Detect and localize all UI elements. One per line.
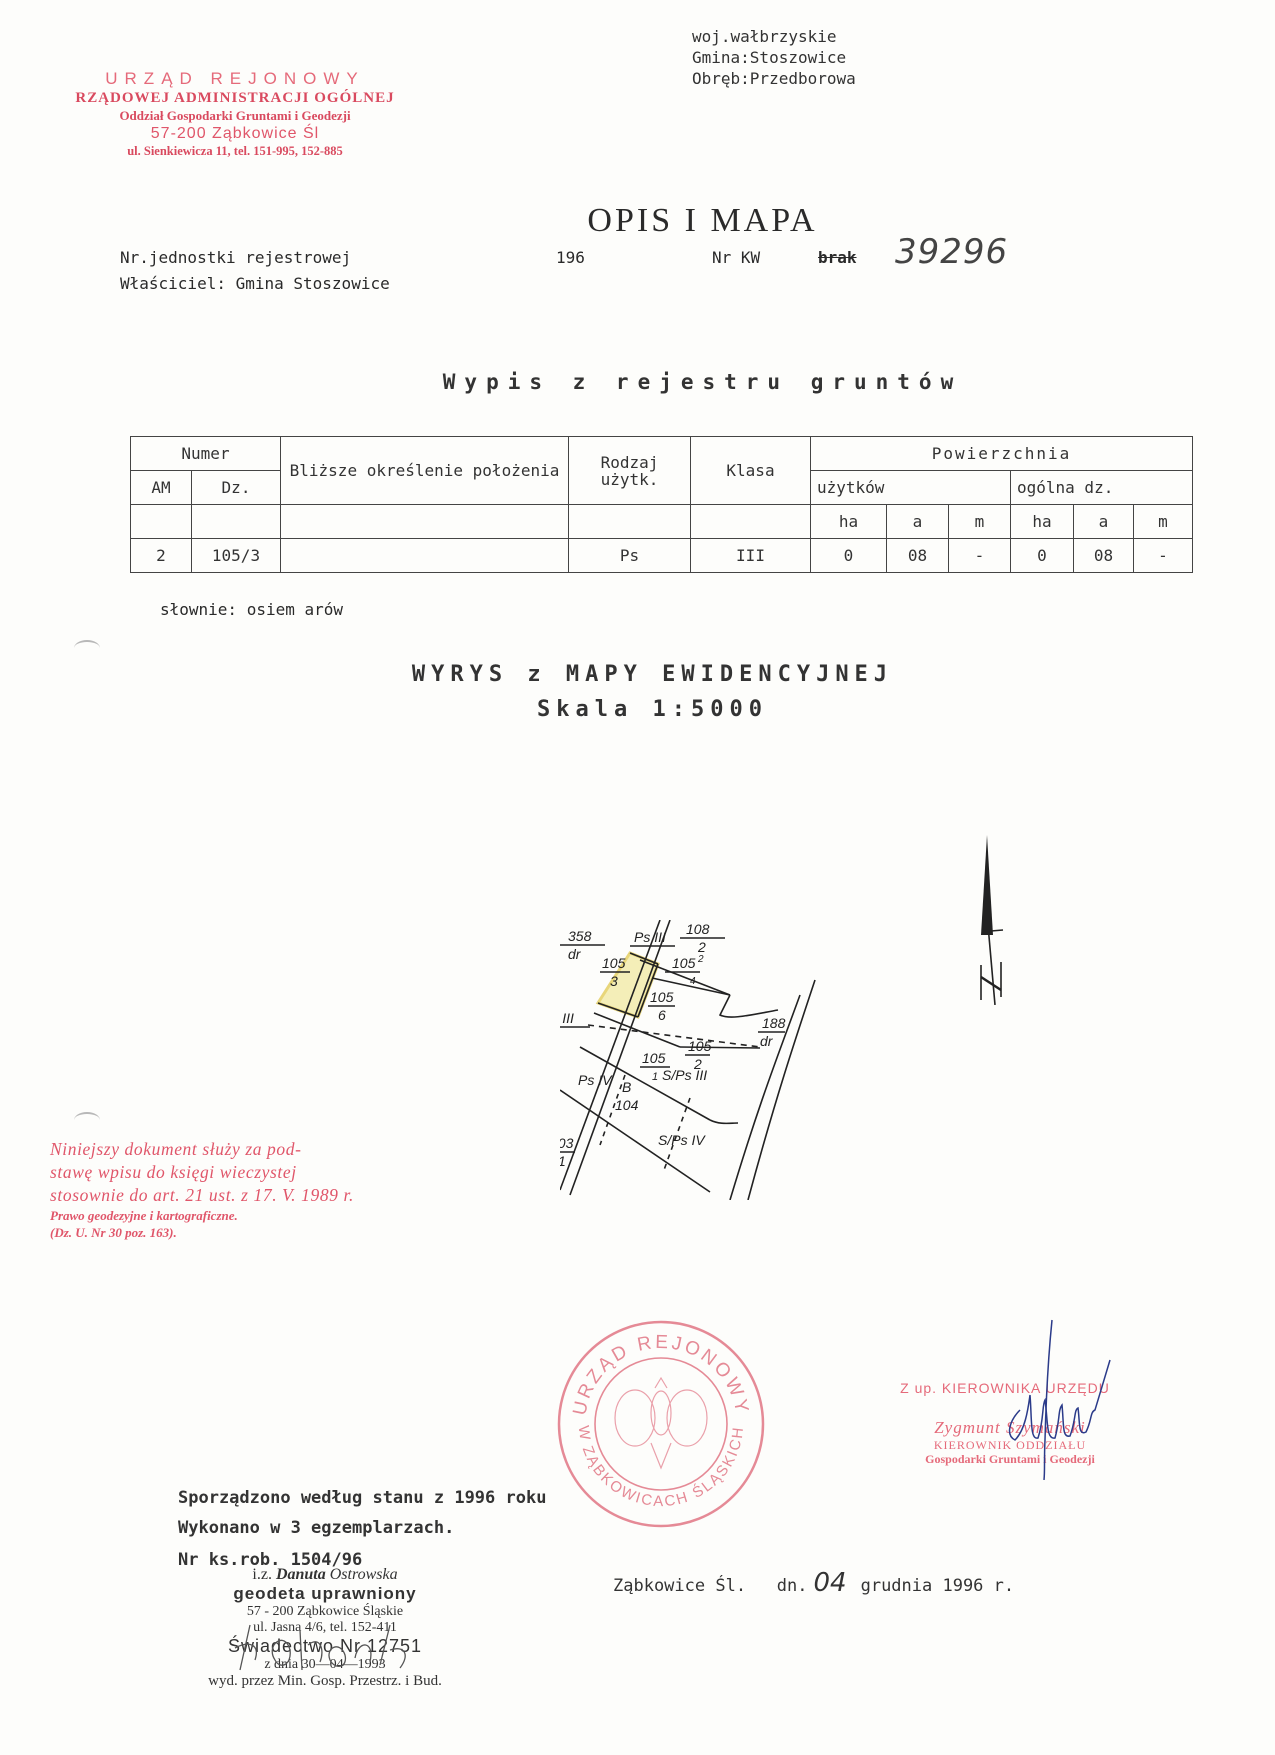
svg-text:105: 105 xyxy=(642,1050,666,1066)
svg-text:S/Ps IV: S/Ps IV xyxy=(658,1132,706,1148)
cell-tot-a: 08 xyxy=(1074,539,1134,573)
cell-dz: 105/3 xyxy=(192,539,281,573)
header-tot-ha: ha xyxy=(1011,505,1074,539)
land-register-struck-value: brak xyxy=(818,248,857,267)
header-land-type: Rodzaj użytk. xyxy=(569,437,691,505)
svg-text:3: 3 xyxy=(610,973,618,989)
svg-text:2: 2 xyxy=(697,939,706,955)
official-round-seal: URZĄD REJONOWY W ZĄBKOWICACH ŚLĄSKICH xyxy=(555,1318,767,1530)
map-scale: Skala 1:5000 xyxy=(0,697,1275,722)
svg-text:105: 105 xyxy=(650,989,674,1005)
eagle-emblem-icon xyxy=(615,1378,707,1468)
legal-note-stamp: Niniejszy dokument służy za pod- stawę w… xyxy=(50,1138,430,1241)
location-block: woj.wałbrzyskie Gmina:Stoszowice Obręb:P… xyxy=(692,26,856,89)
cell-land-type: Ps xyxy=(569,539,691,573)
svg-text:188: 188 xyxy=(762,1015,786,1031)
svg-text:358: 358 xyxy=(568,928,592,944)
office-stamp: URZĄD REJONOWY RZĄDOWEJ ADMINISTRACJI OG… xyxy=(70,68,400,160)
copies-count: Wykonano w 3 egzemplarzach. xyxy=(178,1518,454,1538)
voivodeship: woj.wałbrzyskie xyxy=(692,26,856,47)
cell-tot-m: - xyxy=(1134,539,1193,573)
punch-hole xyxy=(74,1112,100,1128)
svg-text:105: 105 xyxy=(602,955,626,971)
office-stamp-line: URZĄD REJONOWY xyxy=(70,68,400,89)
cell-use-ha: 0 xyxy=(811,539,887,573)
office-stamp-line: 57-200 Ząbkowice Śl xyxy=(70,124,400,144)
header-use-ha: ha xyxy=(811,505,887,539)
header-use-m: m xyxy=(949,505,1011,539)
land-register-handwritten-number: 39296 xyxy=(895,232,1008,272)
svg-text:6: 6 xyxy=(658,1007,666,1023)
svg-text:105: 105 xyxy=(672,955,696,971)
svg-text:4: 4 xyxy=(690,976,696,987)
area-in-words: słownie: osiem arów xyxy=(160,600,343,619)
header-location: Bliższe określenie położenia xyxy=(281,437,569,505)
prepared-according-to: Sporządzono według stanu z 1996 roku xyxy=(178,1488,546,1508)
surveyor-signature xyxy=(230,1620,430,1680)
header-use-area: użytków xyxy=(811,471,1011,505)
svg-text:Ps III: Ps III xyxy=(634,929,666,945)
manager-signature xyxy=(1000,1310,1120,1480)
office-stamp-line: RZĄDOWEJ ADMINISTRACJI OGÓLNEJ xyxy=(70,89,400,108)
office-stamp-line: Oddział Gospodarki Gruntami i Geodezji xyxy=(70,108,400,124)
svg-text:dr: dr xyxy=(760,1033,774,1049)
header-numer: Numer xyxy=(131,437,281,471)
svg-text:2: 2 xyxy=(697,954,704,965)
place-and-date: Ząbkowice Śl. dn.04grudnia 1996 r. xyxy=(613,1568,1014,1598)
cadastral-map-sketch: 358 dr Ps III 108 2 105 3 105 2 4 105 6 … xyxy=(560,920,850,1200)
cell-use-m: - xyxy=(949,539,1011,573)
table-row: 2 105/3 Ps III 0 08 - 0 08 - xyxy=(131,539,1193,573)
map-extract-title: WYRYS z MAPY EWIDENCYJNEJ xyxy=(0,662,1275,687)
header-tot-m: m xyxy=(1134,505,1193,539)
svg-text:Ps III: Ps III xyxy=(560,1010,574,1026)
owner: Właściciel: Gmina Stoszowice xyxy=(120,274,390,293)
svg-text:108: 108 xyxy=(686,921,710,937)
cell-use-a: 08 xyxy=(887,539,949,573)
header-use-a: a xyxy=(887,505,949,539)
precinct: Obręb:Przedborowa xyxy=(692,68,856,89)
svg-text:B: B xyxy=(622,1079,631,1095)
header-dz: Dz. xyxy=(192,471,281,505)
svg-text:dr: dr xyxy=(568,946,582,962)
cell-tot-ha: 0 xyxy=(1011,539,1074,573)
svg-text:104: 104 xyxy=(615,1097,639,1113)
header-am: AM xyxy=(131,471,192,505)
cell-class: III xyxy=(691,539,811,573)
register-extract-title: Wypis z rejestru gruntów xyxy=(0,370,1275,394)
cell-am: 2 xyxy=(131,539,192,573)
land-register-table: Numer Bliższe określenie położenia Rodza… xyxy=(130,436,1193,573)
office-stamp-line: ul. Sienkiewicza 11, tel. 151-995, 152-8… xyxy=(70,144,400,160)
svg-text:Ps IV: Ps IV xyxy=(578,1072,613,1088)
svg-text:S/Ps III: S/Ps III xyxy=(662,1067,707,1083)
svg-text:105: 105 xyxy=(688,1038,712,1054)
cell-location xyxy=(281,539,569,573)
header-area: Powierzchnia xyxy=(811,437,1193,471)
handwritten-day: 04 xyxy=(814,1568,847,1598)
north-arrow-icon xyxy=(975,835,1025,1005)
header-tot-a: a xyxy=(1074,505,1134,539)
registry-unit-value: 196 xyxy=(556,248,585,267)
svg-text:1: 1 xyxy=(560,1153,566,1169)
header-class: Klasa xyxy=(691,437,811,505)
header-total-area: ogólna dz. xyxy=(1011,471,1193,505)
document-title: OPIS I MAPA xyxy=(0,202,1275,240)
land-register-label: Nr KW xyxy=(712,248,760,267)
commune: Gmina:Stoszowice xyxy=(692,47,856,68)
registry-unit-label: Nr.jednostki rejestrowej xyxy=(120,248,351,267)
svg-text:103: 103 xyxy=(560,1135,574,1151)
svg-text:1: 1 xyxy=(652,1071,658,1083)
punch-hole xyxy=(74,640,100,656)
